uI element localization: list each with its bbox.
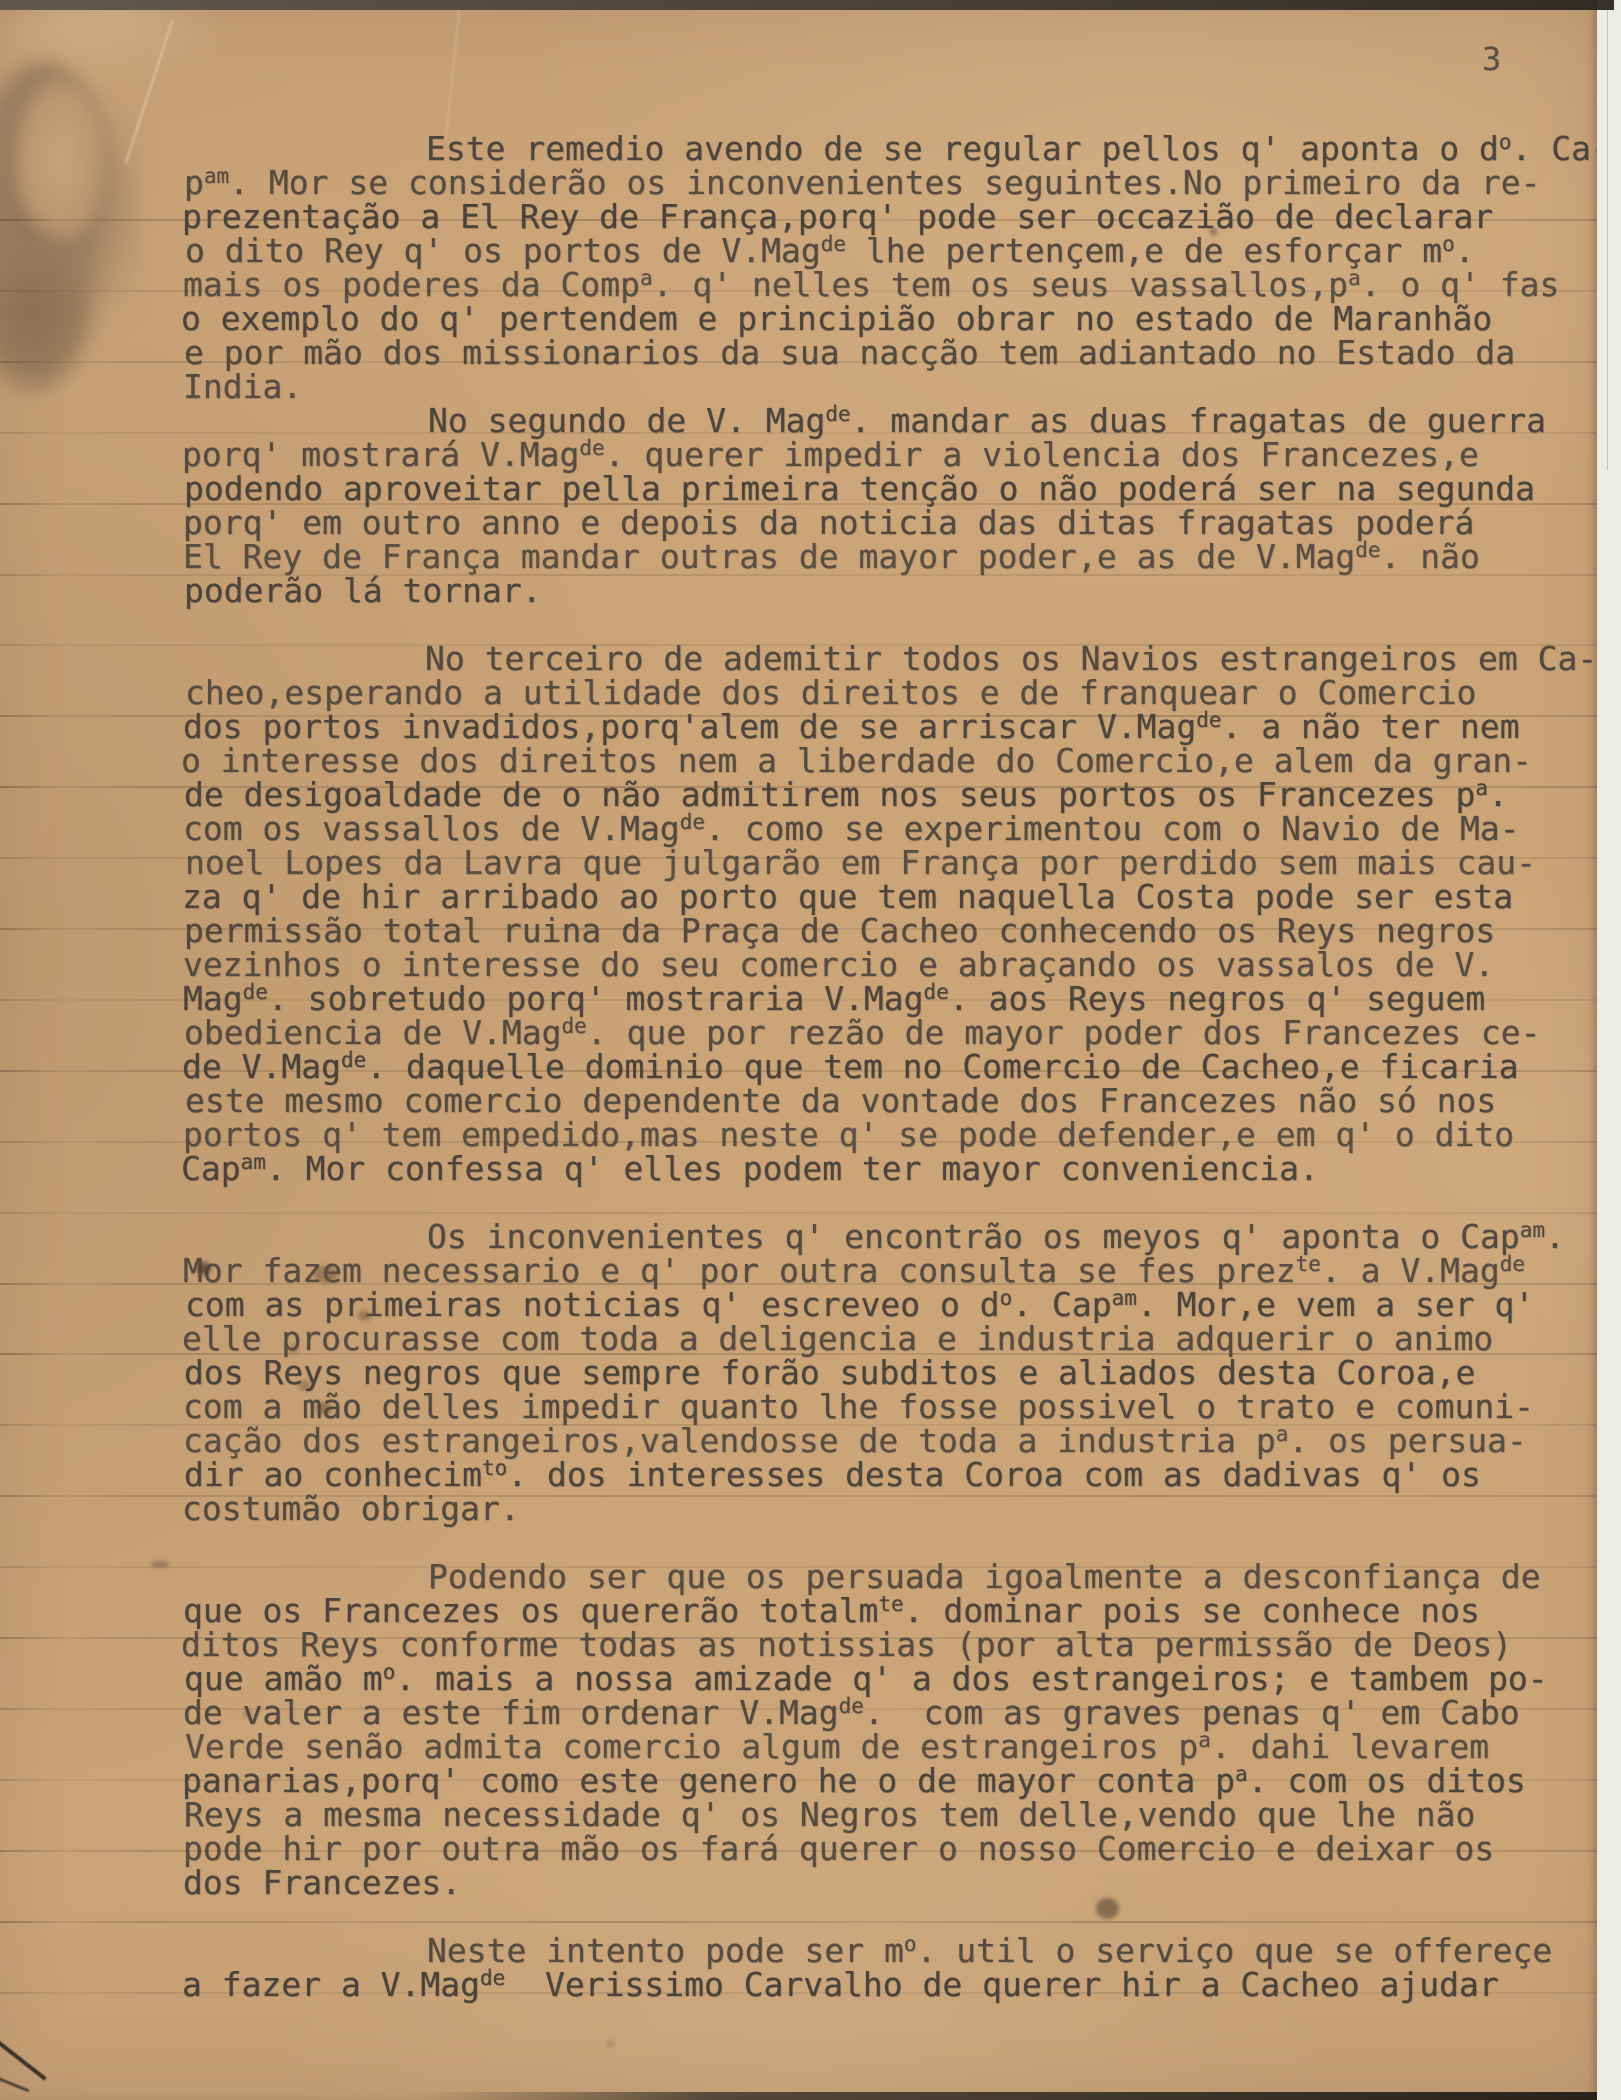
text-line: com a mão delles impedir quanto lhe foss… (183, 1390, 1595, 1424)
text-line: a fazer a V.Magde Verissimo Carvalho de … (182, 1968, 1594, 2002)
ink-stain (606, 2040, 614, 2047)
text-line: que amão mo. mais a nossa amizade q' a d… (184, 1662, 1596, 1696)
text-line: o dito Rey q' os portos de V.Magde lhe p… (185, 234, 1597, 268)
scan-edge-bottom (420, 2092, 1597, 2100)
text-line: Mor fazem necessario e q' por outra cons… (183, 1254, 1595, 1288)
text-line: ditos Reys conforme todas as notissias (… (181, 1628, 1593, 1662)
superscript: a (1198, 1728, 1211, 1752)
text-line: porq' mostrará V.Magde. querer impedir a… (182, 438, 1594, 472)
text-line: poderão lá tornar. (184, 574, 1596, 608)
text-line: pode hir por outra mão os fará querer o … (183, 1832, 1595, 1866)
scanner-background (1597, 0, 1621, 2100)
text-line: Capam. Mor confessa q' elles podem ter m… (181, 1152, 1593, 1186)
superscript: de (1355, 538, 1380, 562)
superscript: a (1235, 1762, 1248, 1786)
text-line: dir ao conhecimto. dos interesses desta … (184, 1458, 1596, 1492)
superscript: de (480, 1966, 505, 1990)
text-line: de desigoaldade de o não admitirem nos s… (184, 778, 1596, 812)
paragraph: Os inconvenientes q' encontrão os meyos … (183, 1220, 1595, 1526)
text-line: que os Francezes os quererão totalmte. d… (183, 1594, 1595, 1628)
text-line: dos portos invadidos,porq'alem de se arr… (183, 710, 1595, 744)
paragraph: Neste intento pode ser mo. util o serviç… (183, 1934, 1595, 2002)
corner-mark (0, 2077, 29, 2093)
text-line: portos q' tem empedido,mas neste q' se p… (183, 1118, 1595, 1152)
text-line: o exemplo do q' pertendem e principião o… (181, 302, 1593, 336)
text-line: de V.Magde. daquelle dominio que tem no … (182, 1050, 1594, 1084)
text-line: dos Francezes. (183, 1866, 1595, 1900)
superscript: te (1296, 1252, 1321, 1276)
text-line: Verde senão admita comercio algum de est… (185, 1730, 1597, 1764)
superscript: de (839, 1694, 864, 1718)
text-line: de valer a este fim ordenar V.Magde. com… (183, 1696, 1595, 1730)
text-line: mais os poderes da Compa. q' nelles tem … (183, 268, 1595, 302)
superscript: am (1520, 1218, 1545, 1242)
typewritten-text: Este remedio avendo de se regular pellos… (183, 132, 1595, 2036)
ink-stain (150, 1562, 170, 1567)
text-line: este mesmo comercio dependente da vontad… (185, 1084, 1597, 1118)
superscript: to (482, 1456, 507, 1480)
superscript: de (825, 402, 850, 426)
paragraph: Podendo ser que os persuada igoalmente a… (183, 1560, 1595, 1900)
superscript: de (579, 436, 604, 460)
scanned-document: 3 Este remedio avendo de se regular pell… (0, 0, 1621, 2100)
text-line: No segundo de V. Magde. mandar as duas f… (185, 404, 1597, 438)
superscript: a (640, 266, 653, 290)
text-line: India. (183, 370, 1595, 404)
superscript: am (204, 164, 229, 188)
text-line: podendo aproveitar pella primeira tenção… (184, 472, 1596, 506)
text-line: pam. Mor se considerão os inconvenientes… (184, 166, 1596, 200)
text-line: Reys a mesma necessidade q' os Negros te… (184, 1798, 1596, 1832)
superscript: de (562, 1014, 587, 1038)
text-line: Este remedio avendo de se regular pellos… (183, 132, 1595, 166)
text-line: cação dos estrangeiros,valendosse de tod… (183, 1424, 1595, 1458)
superscript: de (821, 232, 846, 256)
text-line: vezinhos o interesse do seu comercio e a… (183, 948, 1595, 982)
superscript: o (1442, 232, 1455, 256)
text-line: obediencia de V.Magde. que por rezão de … (184, 1016, 1596, 1050)
text-line: Magde. sobretudo porq' mostraria V.Magde… (183, 982, 1595, 1016)
superscript: de (680, 810, 705, 834)
text-line: dos Reys negros que sempre forão subdito… (184, 1356, 1596, 1390)
text-line: El Rey de França mandar outras de mayor … (183, 540, 1595, 574)
text-line: cheo,esperando a utilidade dos direitos … (185, 676, 1597, 710)
superscript: te (878, 1592, 903, 1616)
text-line: elle procurasse com toda a deligencia e … (182, 1322, 1594, 1356)
superscript: a (1475, 776, 1488, 800)
superscript: o (1499, 130, 1512, 154)
superscript: de (924, 980, 949, 1004)
text-line: noel Lopes da Lavra que julgarão em Fran… (185, 846, 1597, 880)
superscript: de (341, 1048, 366, 1072)
paper-sheet: 3 Este remedio avendo de se regular pell… (0, 0, 1597, 2100)
text-line: com as primeiras noticias q' escreveo o … (185, 1288, 1597, 1322)
text-line: e por mão dos missionarios da sua nacção… (184, 336, 1596, 370)
text-line: za q' de hir arribado ao porto que tem n… (182, 880, 1594, 914)
corner-mark (0, 2039, 47, 2080)
text-line: o interesse dos direitos nem a liberdade… (181, 744, 1593, 778)
superscript: a (1348, 266, 1361, 290)
text-line: costumão obrigar. (182, 1492, 1594, 1526)
text-line: Neste intento pode ser mo. util o serviç… (184, 1934, 1596, 1968)
text-line: Podendo ser que os persuada igoalmente a… (185, 1560, 1597, 1594)
superscript: de (243, 980, 268, 1004)
superscript: am (241, 1150, 266, 1174)
scanner-background-line (1607, 0, 1608, 470)
superscript: o (904, 1932, 917, 1956)
superscript: o (383, 1660, 396, 1684)
text-line: com os vassallos de V.Magde. como se exp… (183, 812, 1595, 846)
superscript: a (1276, 1422, 1289, 1446)
text-line: No terceiro de ademitir todos os Navios … (182, 642, 1594, 676)
superscript: de (1500, 1252, 1525, 1276)
text-line: permissão total ruina da Praça de Cacheo… (184, 914, 1596, 948)
superscript: o (1000, 1286, 1013, 1310)
paper-damage-patch (88, 86, 150, 330)
superscript: de (1196, 708, 1221, 732)
superscript: am (1112, 1286, 1137, 1310)
text-line: Os inconvenientes q' encontrão os meyos … (184, 1220, 1596, 1254)
text-line: panarias,porq' como este genero he o de … (182, 1764, 1594, 1798)
paragraph: No terceiro de ademitir todos os Navios … (183, 642, 1595, 1186)
paper-crease (445, 4, 461, 135)
page-number: 3 (1482, 40, 1501, 78)
paragraph: Este remedio avendo de se regular pellos… (183, 132, 1595, 404)
text-line: porq' em outro anno e depois da noticia … (183, 506, 1595, 540)
paragraph: No segundo de V. Magde. mandar as duas f… (183, 404, 1595, 608)
scan-edge-top (0, 0, 1614, 10)
text-line: prezentação a El Rey de França,porq' pod… (182, 200, 1594, 234)
